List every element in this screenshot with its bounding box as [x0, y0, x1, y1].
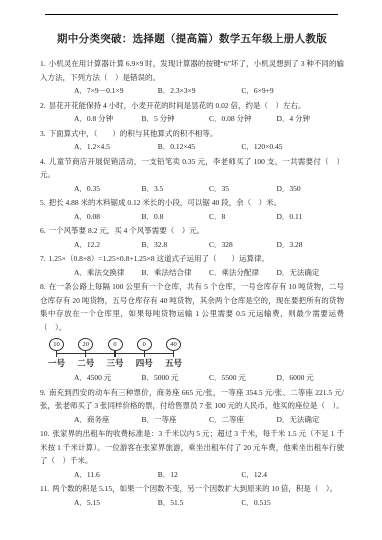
header-rule — [45, 14, 338, 15]
question-paragraph: 11.两个数的积是 5.15，如果一个因数不变，另一个因数扩大到原来的 10 倍… — [40, 482, 344, 496]
option: B．51.5 — [158, 496, 242, 510]
option: C．0.515 — [241, 496, 325, 510]
tick-mark — [85, 351, 86, 357]
option: C．0.08 分钟 — [209, 112, 277, 126]
option-row: A．1.2×4.5 B．0.12×45 C．120×0.45 — [40, 140, 344, 154]
option-row: A．11.6 B．12 C．12.4 — [40, 468, 344, 482]
warehouse-label: 五号 — [165, 358, 182, 369]
question-paragraph: 9.南充到西安的动车有三种票价，商务座 665 元/张，一等座 354.5 元/… — [40, 386, 344, 413]
question-number: 1. — [40, 59, 46, 68]
warehouse-label: 四号 — [136, 358, 153, 369]
warehouse-load-circle: 0 — [108, 338, 123, 351]
option: A．11.6 — [74, 468, 158, 482]
option-row: A．4500 元 B．5000 元 C．5500 元 D．6000 元 — [40, 371, 344, 385]
tick-mark — [144, 351, 145, 357]
option-row: A．5.15 B．51.5 C．0.515 — [40, 496, 344, 510]
question-paragraph: 7.1.25×（0.8+8）=1.25×0.8+1.25×8 这道式子运用了（ … — [40, 252, 344, 266]
warehouse-station: 10 一号 — [44, 338, 69, 369]
option: C．328 — [209, 238, 277, 252]
question-text: 张家界的出租车的收费标准是：3 千米以内 5 元；超过 3 千米，每千米 1.5… — [40, 429, 344, 465]
option: A．0.08 — [74, 210, 142, 224]
option: C．35 — [209, 182, 277, 196]
warehouse-station: 0 三号 — [103, 338, 128, 369]
option-row: A．7×9－0.1×9 B．2.3×3×9 C．6×9+9 — [40, 84, 344, 98]
question-number: 8. — [40, 282, 46, 291]
question: 4.儿童节商店开展促销活动，一支铅笔卖 0.35 元，李老师买了 100 支，一… — [40, 155, 344, 196]
option: D．0.11 — [277, 210, 345, 224]
question-paragraph: 5.把长 4.88 米的木料锯成 0.12 米长的小段，可以锯 40 段，余（ … — [40, 196, 344, 210]
question-text: 儿童节商店开展促销活动，一支铅笔卖 0.35 元，李老师买了 100 支，一共需… — [40, 157, 344, 180]
option-row: A．0.35 B．3.5 C．35 D．350 — [40, 182, 344, 196]
question-paragraph: 6.一个风筝要 8.2 元，买 4 个风筝需要（ ）元。 — [40, 224, 344, 238]
option: A．7×9－0.1×9 — [74, 84, 158, 98]
question-paragraph: 8.在一条公路上每隔 100 公里有一个仓库，共有 5 个仓库，一号仓库存有 1… — [40, 280, 344, 334]
option: B．一等座 — [142, 413, 210, 427]
question-text: 下面算式中，（ ）的积与其他算式的积不相等。 — [49, 129, 218, 138]
question: 10.张家界的出租车的收费标准是：3 千米以内 5 元；超过 3 千米，每千米 … — [40, 427, 344, 481]
option: C．120×0.45 — [241, 140, 325, 154]
option: D．无法确定 — [277, 266, 345, 280]
tick-mark — [173, 351, 174, 357]
option-row: A．乘法交换律 B．乘法结合律 C．乘法分配律 D．无法确定 — [40, 266, 344, 280]
question-number: 7. — [40, 254, 46, 263]
question-number: 4. — [40, 157, 46, 166]
warehouse-load-circle: 0 — [137, 338, 152, 351]
worksheet-page: 期中分类突破：选择题（提高篇）数学五年级上册人教版 1.小机灵在用计算器计算 6… — [0, 14, 382, 509]
warehouse-label: 一号 — [48, 358, 65, 369]
question-number: 11. — [40, 484, 49, 493]
option: B．32.8 — [142, 238, 210, 252]
option: B．12 — [158, 468, 242, 482]
question-paragraph: 10.张家界的出租车的收费标准是：3 千米以内 5 元；超过 3 千米，每千米 … — [40, 427, 344, 468]
option: D．4 分钟 — [277, 112, 345, 126]
question-text: 在一条公路上每隔 100 公里有一个仓库，共有 5 个仓库，一号仓库存有 10 … — [40, 282, 344, 332]
question: 3.下面算式中，（ ）的积与其他算式的积不相等。 A．1.2×4.5 B．0.1… — [40, 127, 344, 154]
tick-mark — [56, 351, 57, 357]
question-text: 两个数的积是 5.15，如果一个因数不变，另一个因数扩大到原来的 10 倍，积是… — [52, 484, 337, 493]
question: 1.小机灵在用计算器计算 6.9×9 时，发现计算器的按键“6”坏了，小机灵想到… — [40, 57, 344, 98]
tick-mark — [114, 351, 115, 357]
question-text: 小机灵在用计算器计算 6.9×9 时，发现计算器的按键“6”坏了，小机灵想到了 … — [40, 59, 344, 82]
option: D．无法确定 — [277, 413, 345, 427]
question: 6.一个风筝要 8.2 元，买 4 个风筝需要（ ）元。 A．12.2 B．32… — [40, 224, 344, 251]
option: A．商务座 — [74, 413, 142, 427]
question: 8.在一条公路上每隔 100 公里有一个仓库，共有 5 个仓库，一号仓库存有 1… — [40, 280, 344, 385]
option: C．6×9+9 — [241, 84, 325, 98]
question: 2.昙花开花能保持 4 小时，小麦开花的时间是昙花的 0.02 倍，约是（ ）左… — [40, 99, 344, 126]
option: B．乘法结合律 — [142, 266, 210, 280]
question-number: 10. — [40, 429, 49, 438]
question-list: 1.小机灵在用计算器计算 6.9×9 时，发现计算器的按键“6”坏了，小机灵想到… — [40, 57, 344, 509]
question: 11.两个数的积是 5.15，如果一个因数不变，另一个因数扩大到原来的 10 倍… — [40, 482, 344, 509]
warehouse-station: 0 四号 — [132, 338, 157, 369]
question-text: 一个风筝要 8.2 元，买 4 个风筝需要（ ）元。 — [49, 226, 205, 235]
warehouse-load-circle: 10 — [49, 338, 64, 351]
warehouse-load-circle: 20 — [78, 338, 93, 351]
option: C．5500 元 — [209, 371, 277, 385]
warehouse-station: 40 五号 — [161, 338, 186, 369]
option: D．6000 元 — [277, 371, 345, 385]
option: B．5000 元 — [142, 371, 210, 385]
option: D．350 — [277, 182, 345, 196]
question-paragraph: 1.小机灵在用计算器计算 6.9×9 时，发现计算器的按键“6”坏了，小机灵想到… — [40, 57, 344, 84]
question-paragraph: 2.昙花开花能保持 4 小时，小麦开花的时间是昙花的 0.02 倍，约是（ ）左… — [40, 99, 344, 113]
option: D．3.28 — [277, 238, 345, 252]
option: B．5 分钟 — [142, 112, 210, 126]
question-paragraph: 4.儿童节商店开展促销活动，一支铅笔卖 0.35 元，李老师买了 100 支，一… — [40, 155, 344, 182]
question: 9.南充到西安的动车有三种票价，商务座 665 元/张，一等座 354.5 元/… — [40, 386, 344, 427]
question-number: 9. — [40, 388, 46, 397]
question: 7.1.25×（0.8+8）=1.25×0.8+1.25×8 这道式子运用了（ … — [40, 252, 344, 279]
option: A．12.2 — [74, 238, 142, 252]
option-row: A．0.8 分钟 B．5 分钟 C．0.08 分钟 D．4 分钟 — [40, 112, 344, 126]
warehouse-label: 三号 — [106, 358, 123, 369]
question-number: 3. — [40, 129, 46, 138]
question-text: 把长 4.88 米的木料锯成 0.12 米长的小段，可以锯 40 段，余（ ）米… — [49, 198, 282, 207]
option: B．0.12×45 — [158, 140, 242, 154]
option: C．二等座 — [209, 413, 277, 427]
option-row: A．12.2 B．32.8 C．328 D．3.28 — [40, 238, 344, 252]
question-number: 5. — [40, 198, 46, 207]
question: 5.把长 4.88 米的木料锯成 0.12 米长的小段，可以锯 40 段，余（ … — [40, 196, 344, 223]
warehouse-station: 20 二号 — [73, 338, 98, 369]
option: B．3.5 — [142, 182, 210, 196]
question-number: 2. — [40, 101, 46, 110]
question-text: 昙花开花能保持 4 小时，小麦开花的时间是昙花的 0.02 倍，约是（ ）左右。 — [49, 101, 306, 110]
option: A．0.8 分钟 — [74, 112, 142, 126]
option: A．乘法交换律 — [74, 266, 142, 280]
option: B．0.8 — [142, 210, 210, 224]
question-text: 1.25×（0.8+8）=1.25×0.8+1.25×8 这道式子运用了（ ）运… — [49, 254, 269, 263]
option-row: A．商务座 B．一等座 C．二等座 D．无法确定 — [40, 413, 344, 427]
warehouse-load-circle: 40 — [166, 338, 181, 351]
option: A．0.35 — [74, 182, 142, 196]
question-paragraph: 3.下面算式中，（ ）的积与其他算式的积不相等。 — [40, 127, 344, 141]
page-title: 期中分类突破：选择题（提高篇）数学五年级上册人教版 — [40, 31, 344, 46]
option: A．4500 元 — [74, 371, 142, 385]
question-number: 6. — [40, 226, 46, 235]
option: C．乘法分配律 — [209, 266, 277, 280]
option: A．5.15 — [74, 496, 158, 510]
option: A．1.2×4.5 — [74, 140, 158, 154]
option: C．8 — [209, 210, 277, 224]
option: B．2.3×3×9 — [158, 84, 242, 98]
option: C．12.4 — [241, 468, 325, 482]
warehouse-diagram: 10 一号 20 二号 0 三号 0 四号 40 五号 — [44, 338, 186, 369]
option-row: A．0.08 B．0.8 C．8 D．0.11 — [40, 210, 344, 224]
warehouse-label: 二号 — [77, 358, 94, 369]
question-text: 南充到西安的动车有三种票价，商务座 665 元/张，一等座 354.5 元/张、… — [40, 388, 344, 411]
